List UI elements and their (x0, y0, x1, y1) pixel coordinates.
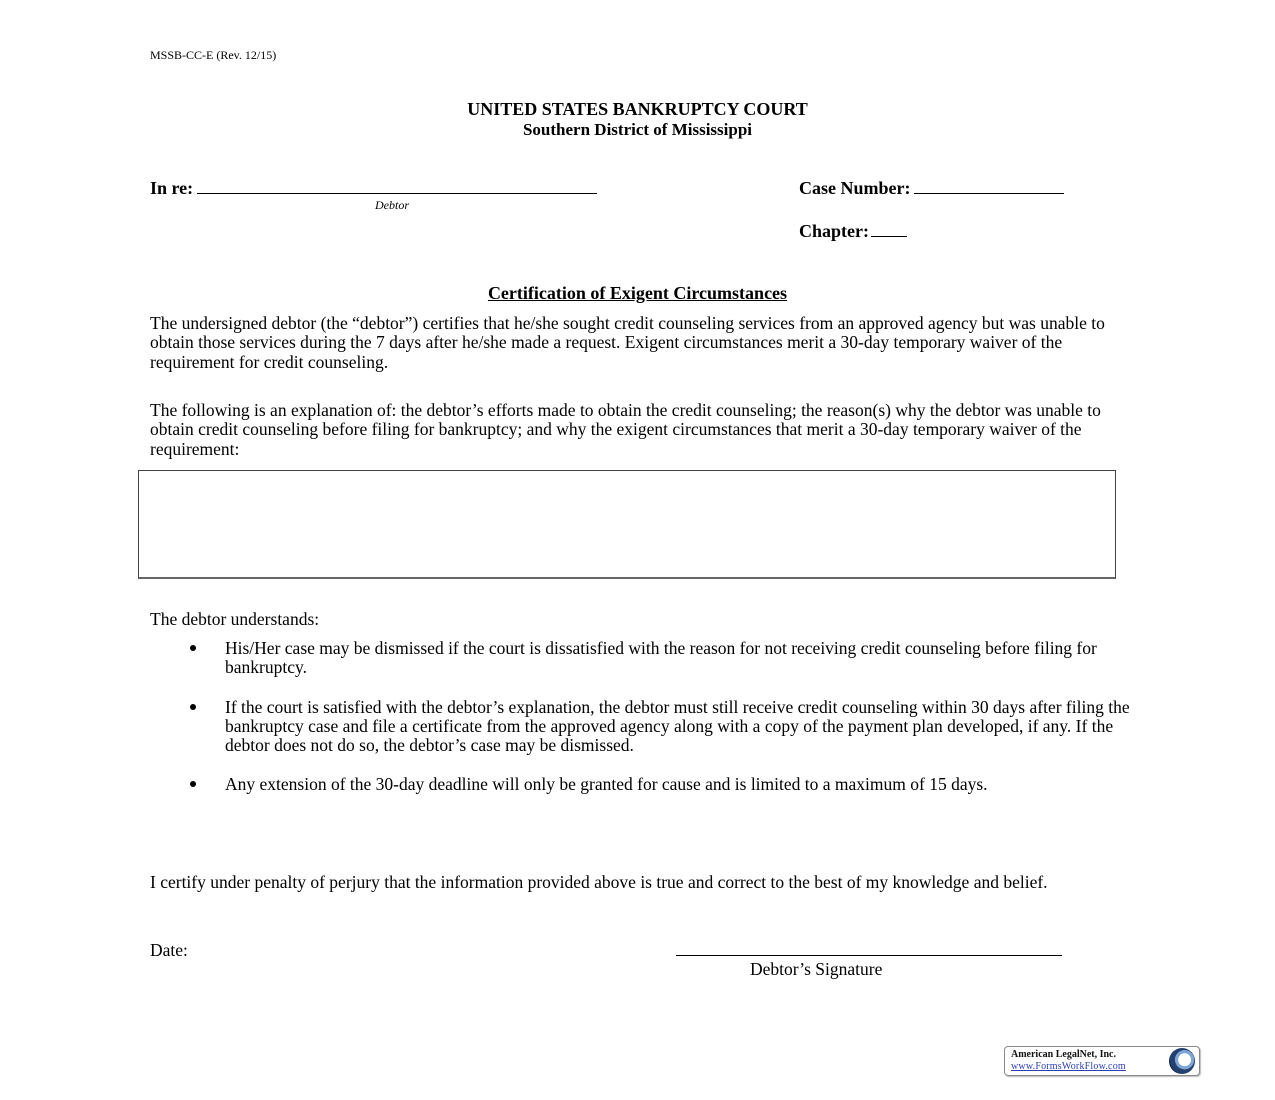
document-title: Certification of Exigent Circumstances (0, 283, 1275, 304)
case-number-label: Case Number: (799, 178, 910, 198)
bullet-icon (190, 781, 196, 787)
court-title: UNITED STATES BANKRUPTCY COURT (0, 99, 1275, 119)
list-item-text: If the court is satisfied with the debto… (225, 697, 1130, 756)
debtor-caption: Debtor (375, 198, 409, 213)
list-item-text: His/Her case may be dismissed if the cou… (225, 638, 1097, 677)
case-number-input[interactable] (914, 179, 1064, 194)
understands-list: His/Her case may be dismissed if the cou… (150, 639, 1130, 815)
district-name: Southern District of Mississippi (0, 120, 1275, 140)
bullet-icon (190, 704, 196, 710)
form-id: MSSB-CC-E (Rev. 12/15) (150, 48, 276, 63)
list-item: Any extension of the 30-day deadline wil… (150, 775, 1130, 794)
certification-paragraph: The undersigned debtor (the “debtor”) ce… (150, 314, 1130, 372)
in-re-label: In re: (150, 178, 193, 198)
list-item: If the court is satisfied with the debto… (150, 698, 1130, 756)
case-number-field: Case Number: (799, 178, 1064, 199)
chapter-label: Chapter: (799, 221, 869, 241)
signature-line[interactable] (676, 955, 1062, 956)
logo-url-link[interactable]: www.FormsWorkFlow.com (1011, 1061, 1126, 1072)
explanation-textarea[interactable] (138, 470, 1116, 579)
globe-icon (1169, 1048, 1195, 1074)
publisher-logo[interactable]: American LegalNet, Inc. www.FormsWorkFlo… (1004, 1046, 1200, 1076)
understands-label: The debtor understands: (150, 609, 319, 630)
in-re-field: In re: (150, 178, 597, 199)
list-item-text: Any extension of the 30-day deadline wil… (225, 774, 988, 794)
list-item: His/Her case may be dismissed if the cou… (150, 639, 1130, 678)
signature-caption: Debtor’s Signature (750, 959, 882, 980)
certify-statement: I certify under penalty of perjury that … (150, 873, 1130, 892)
bullet-icon (190, 645, 196, 651)
logo-company-name: American LegalNet, Inc. (1011, 1049, 1116, 1060)
date-label: Date: (150, 940, 188, 961)
chapter-input[interactable] (871, 222, 907, 237)
debtor-name-input[interactable] (197, 179, 597, 194)
chapter-field: Chapter: (799, 221, 907, 242)
explanation-prompt: The following is an explanation of: the … (150, 401, 1130, 459)
